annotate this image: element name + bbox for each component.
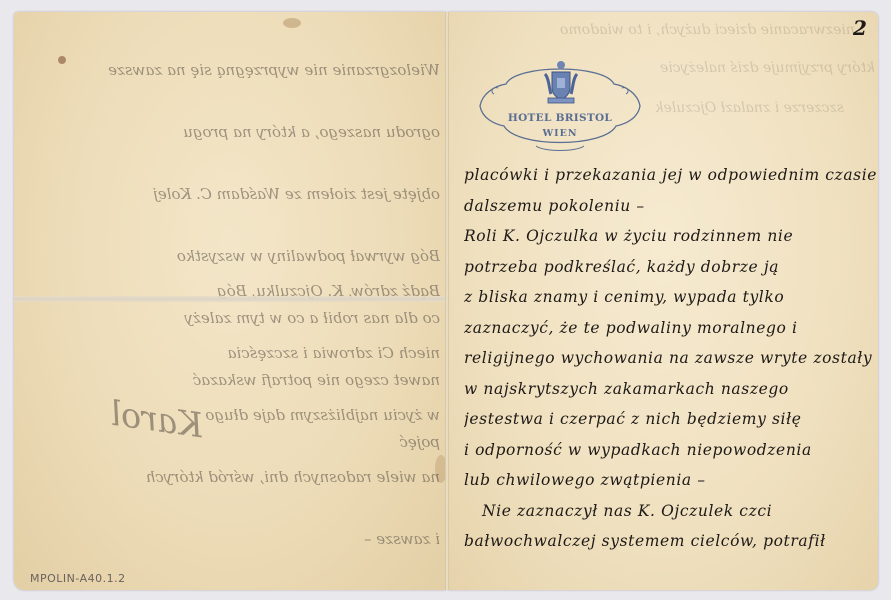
letter-line: dalszemu pokoleniu – — [464, 191, 878, 222]
letter-line: i odporność w wypadkach niepowodzenia — [464, 435, 878, 466]
bleed-line: i zawsze – — [30, 524, 440, 555]
ghost-text: który przyjmuje dziś należycie — [660, 60, 875, 76]
letter-line: placówki i przekazania jej w odpowiednim… — [464, 160, 878, 191]
bleed-line: w życiu najbliższym daje długo — [30, 400, 440, 431]
letter-line: potrzeba podkreślać, każdy dobrze ją — [464, 252, 878, 283]
page-number: 2 — [853, 16, 867, 40]
ghost-text: niezwracanie dzieci dużych, i to wiadomo — [560, 22, 855, 38]
letter-line: bałwochwalczej systemem cielców, potrafi… — [464, 526, 878, 557]
letter-line: Nie zaznaczył nas K. Ojczulek czci — [464, 496, 878, 527]
hotel-city: WIEN — [476, 128, 644, 139]
letterhead: HOTEL BRISTOL WIEN — [476, 56, 644, 156]
letter-line: w najskrytszych zakamarkach naszego — [464, 374, 878, 405]
bleed-line: objęte jest ziołem ze Waśdam C. Kolej — [30, 179, 440, 210]
center-fold — [445, 12, 449, 590]
letter-body: placówki i przekazania jej w odpowiednim… — [464, 160, 878, 557]
ghost-text: szczerze i znalazł Ojczulek — [655, 100, 844, 116]
bleed-line: niech Ci zdrowia i szczęścia — [30, 338, 440, 369]
letter-line: zaznaczyć, że te podwaliny moralnego i — [464, 313, 878, 344]
letter-line: z bliska znamy i cenimy, wypada tylko — [464, 282, 878, 313]
horizontal-fold — [14, 296, 446, 302]
bleed-line: na wiele radosnych dni, wśród których — [30, 462, 440, 493]
hotel-name: HOTEL BRISTOL — [476, 112, 644, 124]
letter-line: jestestwa i czerpać z nich będziemy siłę — [464, 404, 878, 435]
letter-line: religijnego wychowania na zawsze wryte z… — [464, 343, 878, 374]
bleed-line: ogrodu naszego, a który na progu — [30, 117, 440, 148]
bleed-line: Wielozgrzanie nie wyprzęgną się na zawsz… — [30, 55, 440, 86]
archive-mark: MPOLIN-A40.1.2 — [30, 572, 126, 585]
bleed-line: Bądź zdrów, K. Ojczulku, Bóg — [30, 276, 440, 307]
letter-line: lub chwilowego zwątpienia – — [464, 465, 878, 496]
letter-line: Roli K. Ojczulka w życiu rodzinnem nie — [464, 221, 878, 252]
coat-of-arms-icon — [542, 60, 580, 106]
